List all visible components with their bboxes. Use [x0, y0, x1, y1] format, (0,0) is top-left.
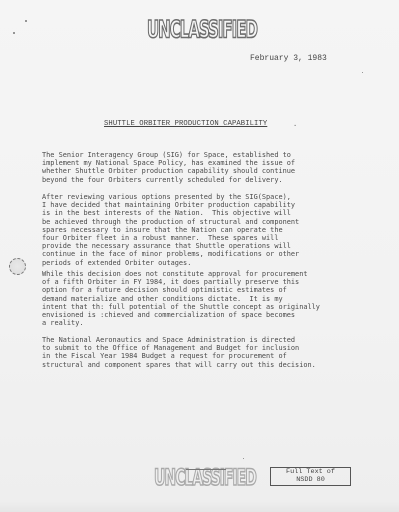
paragraph-1: The Senior Interagency Group (SIG) for S…: [42, 151, 372, 184]
classification-stamp-top: UNCLASSIFIED: [147, 15, 257, 44]
document-title: SHUTTLE ORBITER PRODUCTION CAPABILITY: [104, 120, 267, 128]
paragraph-2: After reviewing various options presente…: [42, 193, 372, 267]
paragraph-4: The National Aeronautics and Space Admin…: [42, 336, 372, 369]
document-date: February 3, 1983: [250, 54, 327, 63]
paragraph-3: While this decision does not constitute …: [42, 270, 372, 327]
scan-speck: [243, 458, 244, 459]
scan-speck: [25, 20, 27, 22]
punch-hole-icon: [9, 258, 26, 275]
scan-speck: [13, 32, 15, 34]
reference-box: Full Text of NSDD 80: [270, 467, 351, 486]
scan-speck: [362, 72, 363, 73]
page-bottom-edge: [0, 500, 399, 512]
title-trailing-mark: .: [293, 121, 297, 129]
stamp-smudge: [186, 469, 226, 470]
document-page: UNCLASSIFIED February 3, 1983 SHUTTLE OR…: [0, 0, 399, 512]
reference-line-2: NSDD 80: [271, 477, 350, 485]
